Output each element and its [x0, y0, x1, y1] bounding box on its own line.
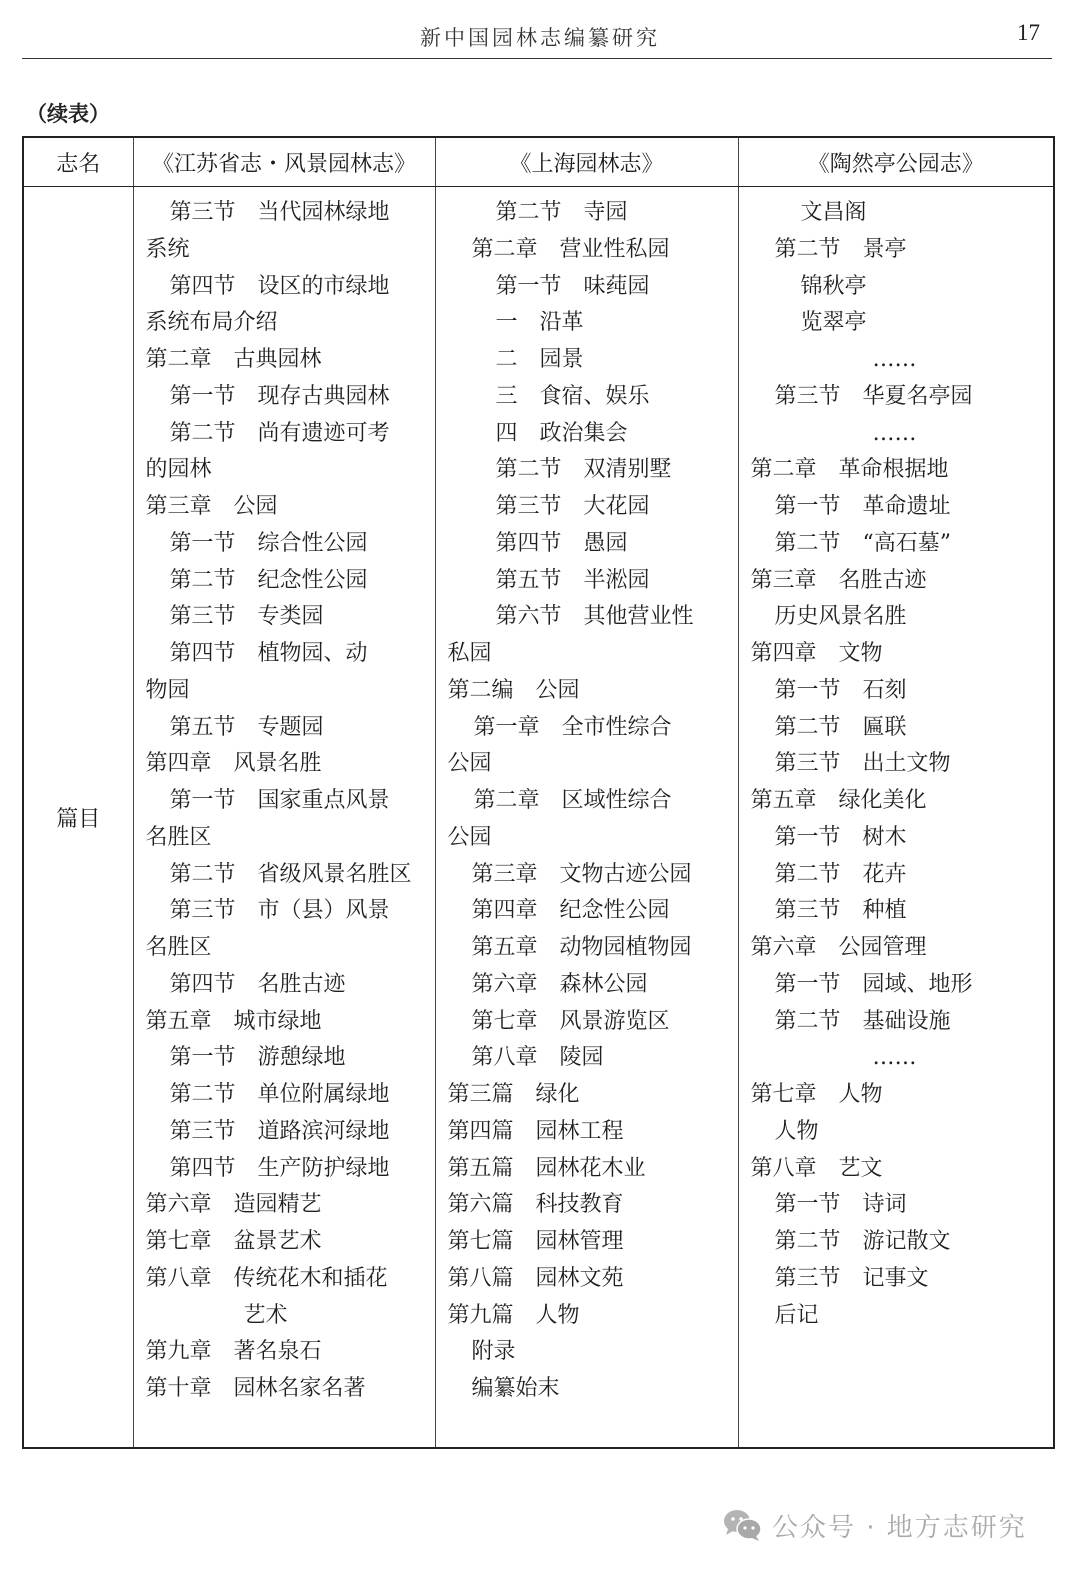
toc-entry: 第八章 艺文 — [751, 1155, 883, 1183]
toc-entry: 第三篇 绿化 — [448, 1081, 580, 1109]
continued-table-label: （续表） — [26, 98, 110, 128]
toc-entry: 第十章 园林名家名著 — [146, 1375, 366, 1403]
toc-entry: 名胜区 — [146, 824, 212, 852]
toc-entry: 第四节 名胜古迹 — [170, 971, 346, 999]
toc-entry: 第三章 文物古迹公园 — [472, 861, 692, 889]
toc-entry: 第五章 动物园植物园 — [472, 934, 692, 962]
toc-entry: 第九篇 人物 — [448, 1302, 580, 1330]
toc-entry: 锦秋亭 — [801, 273, 867, 301]
toc-entry: 第六章 森林公园 — [472, 971, 648, 999]
watermark: 公众号 · 地方志研究 — [722, 1508, 1027, 1542]
toc-entry: 第四节 设区的市绿地 — [170, 273, 390, 301]
cell-taoranting-contents: 文昌阁第二节 景亭锦秋亭览翠亭……第三节 华夏名亭园……第二章 革命根据地第一节… — [738, 187, 1054, 1449]
column-header-shanghai: 《上海园林志》 — [435, 137, 738, 187]
toc-entry: 第一节 综合性公园 — [170, 530, 368, 558]
toc-entry: 第三节 出土文物 — [775, 750, 951, 778]
toc-entry: 文昌阁 — [801, 199, 867, 227]
cell-shanghai-contents: 第二节 寺园第二章 营业性私园第一节 味莼园一 沿革二 园景三 食宿、娱乐四 政… — [435, 187, 738, 1449]
toc-entry: 第四章 文物 — [751, 640, 883, 668]
toc-entry: 公园 — [448, 750, 492, 778]
toc-entry: 第二章 营业性私园 — [472, 236, 670, 264]
toc-entry: 览翠亭 — [801, 309, 867, 337]
toc-entry: 物园 — [146, 677, 190, 705]
toc-entry: 人物 — [775, 1118, 819, 1146]
toc-entry: 第四篇 园林工程 — [448, 1118, 624, 1146]
toc-entry: 第五节 专题园 — [170, 714, 324, 742]
toc-entry: 第四节 植物园、动 — [170, 640, 368, 668]
toc-entry: 第二节 尚有遗迹可考 — [170, 420, 390, 448]
toc-entry: …… — [873, 346, 917, 374]
toc-entry: 系统 — [146, 236, 190, 264]
toc-entry: 第二节 省级风景名胜区 — [170, 861, 412, 889]
toc-entry: 第六章 造园精艺 — [146, 1191, 322, 1219]
column-header-taoranting: 《陶然亭公园志》 — [738, 137, 1054, 187]
toc-entry: 第二节 纪念性公园 — [170, 567, 368, 595]
toc-entry: …… — [873, 420, 917, 448]
toc-entry: 第六节 其他营业性 — [496, 603, 694, 631]
toc-entry: 第五章 城市绿地 — [146, 1008, 322, 1036]
toc-entry: 第三章 公园 — [146, 493, 278, 521]
toc-entry: 第一节 园域、地形 — [775, 971, 973, 999]
toc-entry: 第四章 风景名胜 — [146, 750, 322, 778]
toc-entry: 第五节 半淞园 — [496, 567, 650, 595]
toc-entry: 第九章 著名泉石 — [146, 1338, 322, 1366]
toc-entry: 第三章 名胜古迹 — [751, 567, 927, 595]
toc-entry: 第三节 大花园 — [496, 493, 650, 521]
toc-entry: 二 园景 — [496, 346, 584, 374]
toc-entry: 第八章 传统花木和插花 — [146, 1265, 388, 1293]
toc-entry: 后记 — [775, 1302, 819, 1330]
toc-entry: 第二节 匾联 — [775, 714, 907, 742]
comparison-table: 志名 《江苏省志・风景园林志》 《上海园林志》 《陶然亭公园志》 篇目 第三节 … — [22, 136, 1055, 1449]
toc-entry: 第一节 国家重点风景 — [170, 787, 390, 815]
toc-entry: 第二节 基础设施 — [775, 1008, 951, 1036]
toc-entry: 第三节 记事文 — [775, 1265, 929, 1293]
toc-entry: 第二节 寺园 — [496, 199, 628, 227]
toc-entry: 第四章 纪念性公园 — [472, 897, 670, 925]
toc-entry: 第八篇 园林文苑 — [448, 1265, 624, 1293]
wechat-icon — [722, 1508, 764, 1542]
toc-entry: 私园 — [448, 640, 492, 668]
toc-entry: 第二章 革命根据地 — [751, 456, 949, 484]
running-title: 新中国园林志编纂研究 — [0, 22, 1080, 52]
header-rule — [22, 58, 1052, 59]
toc-entry: 第三节 华夏名亭园 — [775, 383, 973, 411]
toc-entry: 第二节 双清别墅 — [496, 456, 672, 484]
column-header-name: 志名 — [23, 137, 133, 187]
toc-entry: 第一节 现存古典园林 — [170, 383, 390, 411]
toc-entry: 第三节 道路滨河绿地 — [170, 1118, 390, 1146]
table-header-row: 志名 《江苏省志・风景园林志》 《上海园林志》 《陶然亭公园志》 — [23, 137, 1054, 187]
toc-entry: 第一章 全市性综合 — [474, 714, 672, 742]
toc-entry: 第五篇 园林花木业 — [448, 1155, 646, 1183]
toc-entry: 第七篇 园林管理 — [448, 1228, 624, 1256]
toc-entry: 第八章 陵园 — [472, 1044, 604, 1072]
toc-entry: 系统布局介绍 — [146, 309, 278, 337]
row-label-contents: 篇目 — [23, 187, 133, 1449]
toc-entry: 第二编 公园 — [448, 677, 580, 705]
toc-entry: 第三节 当代园林绿地 — [170, 199, 390, 227]
toc-entry: 第四节 愚园 — [496, 530, 628, 558]
toc-entry: …… — [873, 1044, 917, 1072]
toc-entry: 四 政治集会 — [496, 420, 628, 448]
toc-entry: 第三节 专类园 — [170, 603, 324, 631]
toc-entry: 第二节 单位附属绿地 — [170, 1081, 390, 1109]
toc-entry: 第七章 风景游览区 — [472, 1008, 670, 1036]
toc-entry: 第二节 花卉 — [775, 861, 907, 889]
page-number: 17 — [1017, 20, 1040, 46]
toc-entry: 第二章 区域性综合 — [474, 787, 672, 815]
toc-entry: 第一节 革命遗址 — [775, 493, 951, 521]
toc-entry: 第四节 生产防护绿地 — [170, 1155, 390, 1183]
toc-entry: 公园 — [448, 824, 492, 852]
toc-entry: 第三节 市（县）风景 — [170, 897, 390, 925]
toc-entry: 编纂始末 — [472, 1375, 560, 1403]
column-header-jiangsu: 《江苏省志・风景园林志》 — [133, 137, 435, 187]
toc-entry: 名胜区 — [146, 934, 212, 962]
toc-entry: 第三节 种植 — [775, 897, 907, 925]
toc-entry: 第五章 绿化美化 — [751, 787, 927, 815]
toc-entry: 附录 — [472, 1338, 516, 1366]
toc-entry: 的园林 — [146, 456, 212, 484]
toc-entry: 艺术 — [244, 1302, 288, 1330]
toc-entry: 第二节 游记散文 — [775, 1228, 951, 1256]
toc-entry: 第七章 盆景艺术 — [146, 1228, 322, 1256]
toc-entry: 第二节 景亭 — [775, 236, 907, 264]
toc-entry: 第二章 古典园林 — [146, 346, 322, 374]
toc-entry: 第一节 游憩绿地 — [170, 1044, 346, 1072]
toc-entry: 第二节 “高石墓” — [775, 530, 952, 558]
toc-entry: 第七章 人物 — [751, 1081, 883, 1109]
toc-entry: 历史风景名胜 — [775, 603, 907, 631]
cell-jiangsu-contents: 第三节 当代园林绿地系统第四节 设区的市绿地系统布局介绍第二章 古典园林第一节 … — [133, 187, 435, 1449]
toc-entry: 第一节 石刻 — [775, 677, 907, 705]
toc-entry: 三 食宿、娱乐 — [496, 383, 650, 411]
toc-entry: 第六章 公园管理 — [751, 934, 927, 962]
toc-entry: 第一节 味莼园 — [496, 273, 650, 301]
toc-entry: 第一节 诗词 — [775, 1191, 907, 1219]
toc-entry: 一 沿革 — [496, 309, 584, 337]
toc-entry: 第六篇 科技教育 — [448, 1191, 624, 1219]
running-header: 新中国园林志编纂研究 17 — [0, 18, 1080, 58]
watermark-text: 公众号 · 地方志研究 — [772, 1507, 1027, 1544]
toc-entry: 第一节 树木 — [775, 824, 907, 852]
table-row-contents: 篇目 第三节 当代园林绿地系统第四节 设区的市绿地系统布局介绍第二章 古典园林第… — [23, 187, 1054, 1449]
